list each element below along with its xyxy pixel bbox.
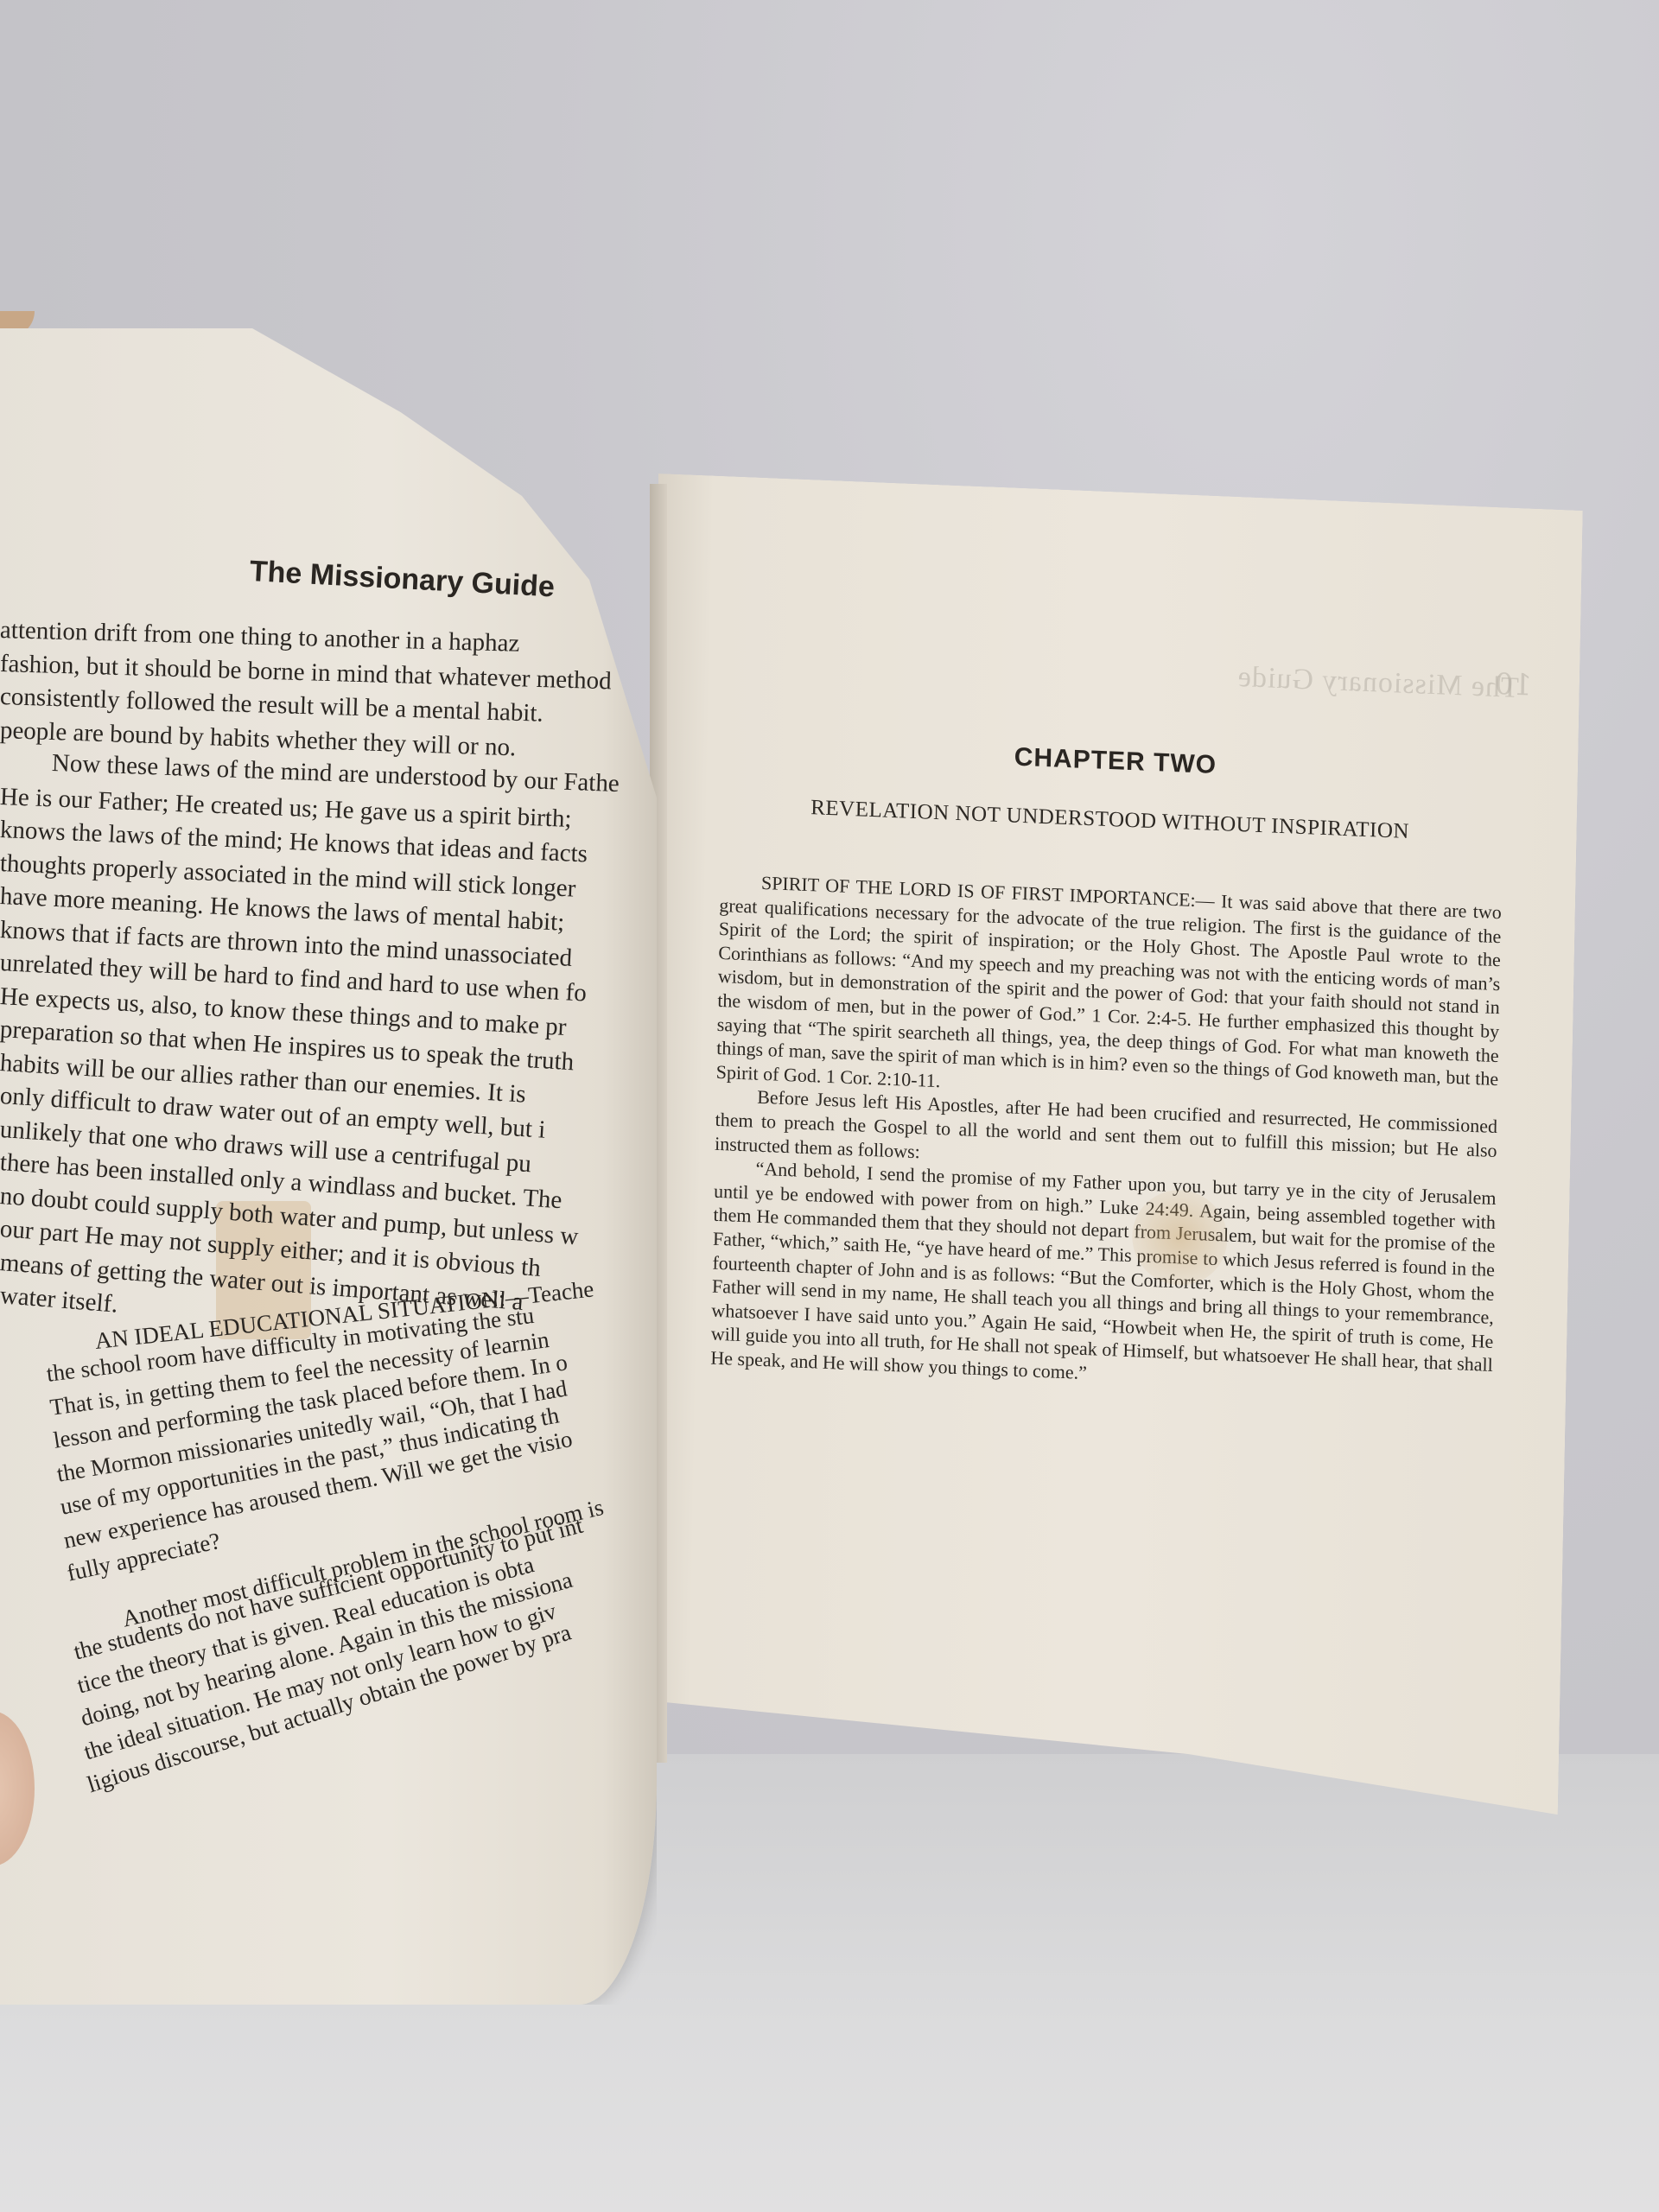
- left-page: 8 The Missionary Guide attention drift f…: [0, 328, 657, 2005]
- paragraph: “And behold, I send the promise of my Fa…: [710, 1155, 1497, 1402]
- right-page-body: SPIRIT OF THE LORD IS OF FIRST IMPORTANC…: [710, 869, 1502, 1401]
- bleed-through-page-number: 10: [1494, 667, 1532, 703]
- right-page: The Missionary Guide 10 CHAPTER TWO REVE…: [633, 474, 1583, 1815]
- paragraph: SPIRIT OF THE LORD IS OF FIRST IMPORTANC…: [715, 869, 1502, 1116]
- left-page-body: attention drift from one thing to anothe…: [0, 613, 665, 1802]
- chapter-title: CHAPTER TWO: [653, 728, 1578, 795]
- chapter-subtitle: REVELATION NOT UNDERSTOOD WITHOUT INSPIR…: [721, 789, 1499, 851]
- bleed-through-running-head: The Missionary Guide: [914, 648, 1520, 705]
- running-head: The Missionary Guide: [249, 555, 556, 604]
